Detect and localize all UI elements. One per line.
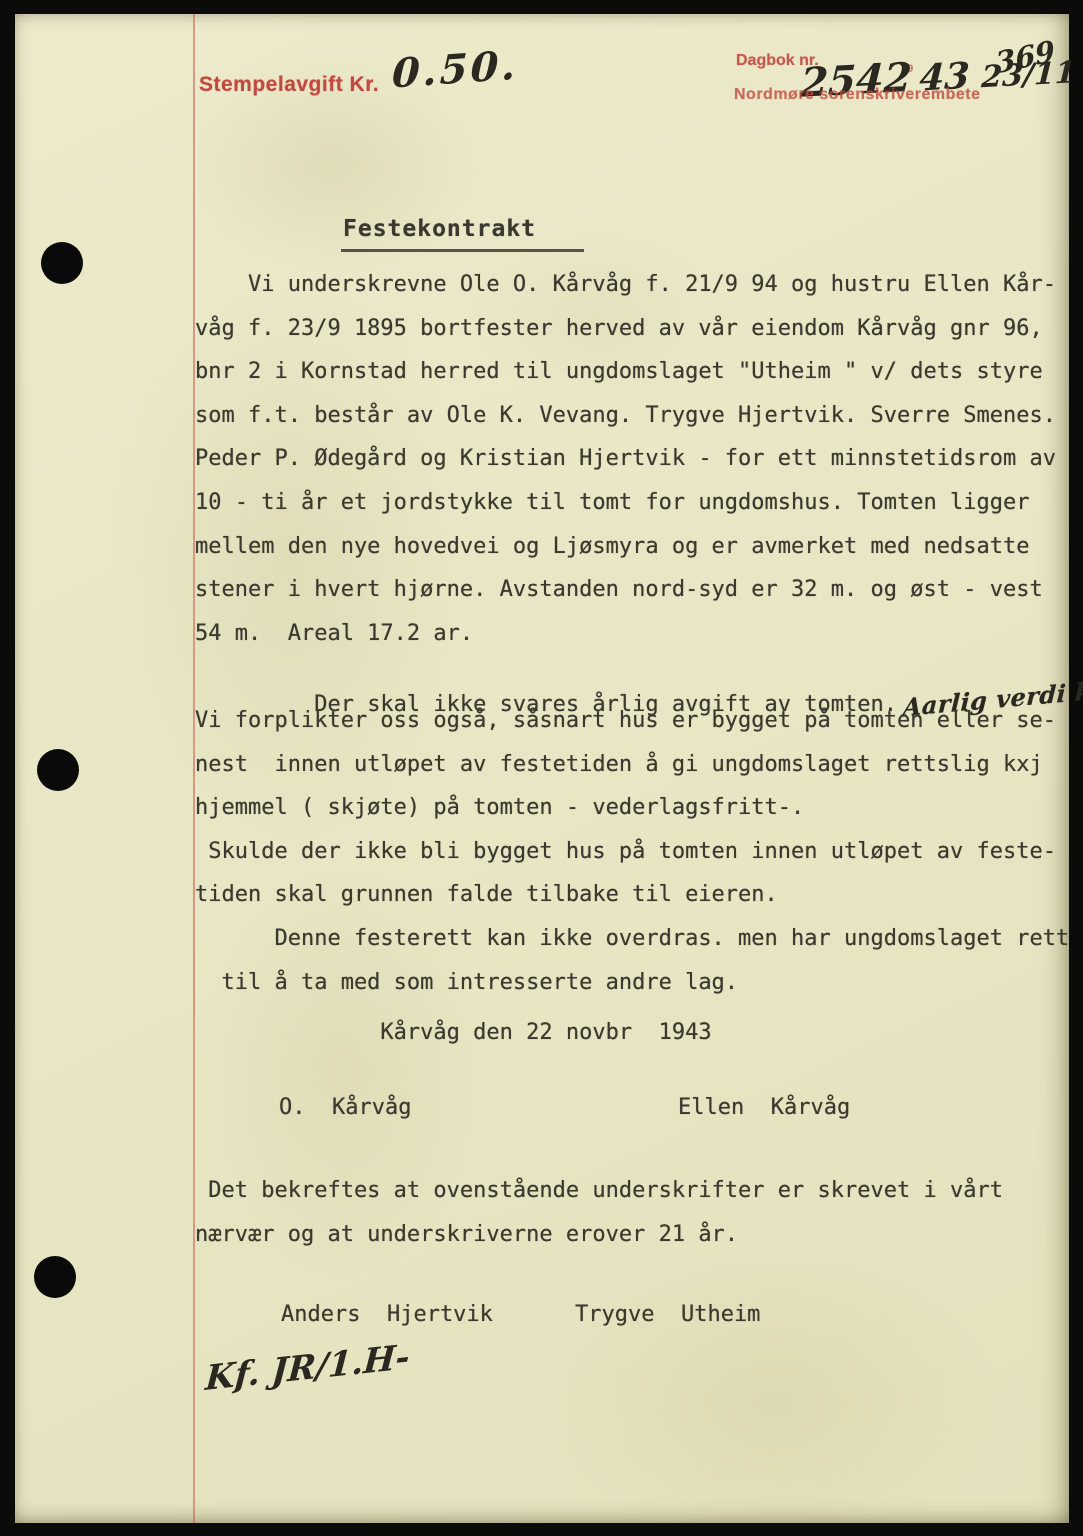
punch-hole-top: [41, 242, 83, 284]
typed-line: stener i hvert hjørne. Avstanden nord-sy…: [195, 577, 1043, 603]
signature-left: O. Kårvåg: [279, 1095, 411, 1120]
scanned-document-page: Stempelavgift Kr. 0.50. Dagbok nr. 19 25…: [0, 0, 1083, 1536]
typed-line: Vi underskrevne Ole O. Kårvåg f. 21/9 94…: [195, 272, 1056, 298]
typed-line: nest innen utløpet av festetiden å gi un…: [195, 752, 1043, 778]
office-stamp: Nordmøre sorenskriverembete: [734, 86, 980, 104]
typed-line: 54 m. Areal 17.2 ar.: [195, 621, 473, 647]
witness-left: Anders Hjertvik: [281, 1302, 493, 1327]
punch-hole-bottom: [34, 1256, 76, 1298]
stempelavgift-stamp: Stempelavgift Kr.: [199, 73, 379, 97]
signature-right: Ellen Kårvåg: [678, 1095, 850, 1120]
punch-hole-middle: [37, 749, 79, 791]
document-title: Festekontrakt: [341, 216, 584, 252]
typed-line: mellem den nye hovedvei og Ljøsmyra og e…: [195, 534, 1029, 560]
typed-line: tiden skal grunnen falde tilbake til eie…: [195, 882, 778, 908]
handwritten-stamp-amount: 0.50.: [391, 41, 519, 97]
attestation-line: nærvær og at underskriverne erover 21 år…: [195, 1222, 738, 1248]
typed-line: som f.t. består av Ole K. Vevang. Trygve…: [195, 403, 1056, 429]
typed-line: bnr 2 i Kornstad herred til ungdomslaget…: [195, 359, 1043, 385]
typed-line: Vi forplikter oss også, såsnart hus er b…: [195, 708, 1056, 734]
typed-line: til å ta med som intresserte andre lag.: [195, 970, 738, 996]
typed-date-line: Kårvåg den 22 novbr 1943: [195, 1020, 712, 1046]
typed-line: Denne festerett kan ikke overdras. men h…: [195, 926, 1069, 952]
typed-line: hjemmel ( skjøte) på tomten - vederlagsf…: [195, 795, 804, 821]
typed-line: våg f. 23/9 1895 bortfester herved av vå…: [195, 316, 1043, 342]
typed-line: Skulde der ikke bli bygget hus på tomten…: [195, 839, 1056, 865]
typed-line: 10 - ti år et jordstykke til tomt for un…: [195, 490, 1029, 516]
attestation-line: Det bekreftes at ovenstående underskrift…: [195, 1178, 1003, 1204]
witness-right: Trygve Utheim: [575, 1302, 760, 1327]
typed-line: Peder P. Ødegård og Kristian Hjertvik - …: [195, 446, 1056, 472]
